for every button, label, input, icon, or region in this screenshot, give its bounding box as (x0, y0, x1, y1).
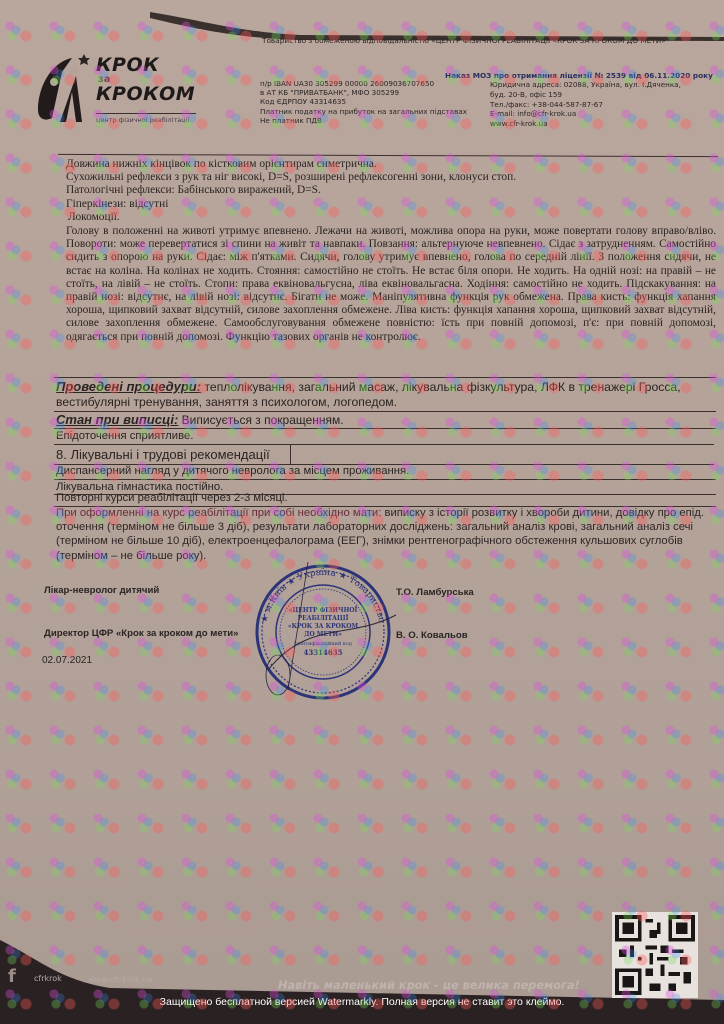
procedures-section: Проведені процедури: теплолікування, заг… (56, 379, 716, 410)
logo-text-line1: КРОК (96, 56, 195, 75)
section8-title: 8. Лікувальні і трудові рекомендації (56, 447, 270, 462)
tax-line: Платник податку на прибуток на загальних… (260, 107, 467, 116)
divider (58, 154, 718, 157)
divider (54, 479, 716, 480)
procedures-label: Проведені процедури: (56, 379, 201, 394)
footer-website[interactable]: www.cfr-krok.ua (88, 975, 152, 984)
director-title: Директор ЦФР «Крок за кроком до мети» (44, 628, 239, 639)
logo-subtitle: центр фізичної реабілітації (96, 113, 196, 124)
logo-figure-icon (32, 52, 94, 124)
contact-requisites: Юридична адреса: 02088, Україна, вул. І.… (490, 80, 681, 129)
discharge-state-label: Стан при виписці: (56, 412, 178, 427)
locomotion-paragraph: Голову в положенні на животі утримує впе… (66, 225, 716, 344)
official-stamp-icon: ★ м.Київ ★ Україна ★ Товариство «ЦЕНТР Ф… (248, 560, 398, 700)
status-line: Локомоції. (66, 211, 716, 224)
email-line: E-mail: info@cfr-krok.ua (490, 109, 681, 119)
document-date: 02.07.2021 (42, 655, 92, 666)
svg-text:«ЦЕНТР ФІЗИЧНОЇ: «ЦЕНТР ФІЗИЧНОЇ (289, 607, 358, 614)
edrpou-line: Код ЄДРПОУ 43314635 (260, 97, 467, 106)
bank-requisites: п/р IBAN UA30 305299 00000 2600903670765… (260, 79, 467, 125)
director-name: В. О. Ковальов (396, 630, 468, 641)
website-line: www.cfr-krok.ua (490, 119, 681, 129)
scanned-document: КРОК за КРОКОМ центр фізичної реабілітац… (0, 0, 724, 1024)
recommendation-item: Повторні курси реабілітації через 2-3 мі… (56, 492, 288, 504)
doctor-name: Т.О. Ламбурська (396, 587, 474, 598)
logo-text-line3: КРОКОМ (96, 85, 195, 104)
discharge-state: Стан при виписці: Виписується з покращен… (56, 412, 344, 427)
divider (54, 428, 716, 429)
iban-line: п/р IBAN UA30 305299 00000 2600903670765… (260, 79, 467, 88)
qr-code-icon[interactable] (612, 912, 698, 998)
address-line1: Юридична адреса: 02088, Україна, вул. І.… (490, 80, 681, 90)
facebook-icon[interactable]: f (8, 966, 16, 987)
recommendation-item: Диспансерний нагляд у дитячого невролога… (56, 465, 409, 477)
vat-line: Не платник ПДВ (260, 116, 467, 125)
doctor-title: Лікар-невролог дитячий (44, 585, 159, 596)
phone-line: Тел./факс: +38-044-587-87-67 (490, 100, 681, 110)
license-info: Наказ МОЗ про отримання ліцензії № 2539 … (445, 71, 713, 80)
facebook-handle[interactable]: cfrkrok (34, 974, 62, 983)
epi-environment: Епідоточення сприятливе. (56, 430, 193, 442)
footer-slogan: Навіть маленький крок - це велика перемо… (278, 979, 580, 992)
bank-line: в АТ КБ "ПРИВАТБАНК", МФО 305299 (260, 88, 467, 97)
status-line: Гіперкінези: відсутні (66, 198, 716, 211)
status-line: Сухожильні рефлекси з рук та ніг високі,… (66, 171, 716, 184)
organization-name: Товариство з обмеженою відповідальністю … (262, 36, 666, 45)
admission-note: При оформленні на курс реабілітації при … (56, 506, 716, 563)
neuro-status: Довжина нижніх кінцівок по кістковим орі… (66, 158, 716, 224)
svg-text:43314635: 43314635 (304, 648, 343, 657)
address-line2: буд. 20-В, офіс 159 (490, 90, 681, 100)
svg-text:РЕАБІЛІТАЦІЇ: РЕАБІЛІТАЦІЇ (298, 615, 349, 622)
admission-note-lead: При оформленні на курс реабілітації при … (56, 507, 381, 519)
status-line: Патологічні рефлекси: Бабінського вираже… (66, 184, 716, 197)
discharge-state-text: Виписується з покращенням. (178, 413, 343, 427)
divider (54, 377, 716, 378)
status-line: Довжина нижніх кінцівок по кістковим орі… (66, 158, 716, 171)
